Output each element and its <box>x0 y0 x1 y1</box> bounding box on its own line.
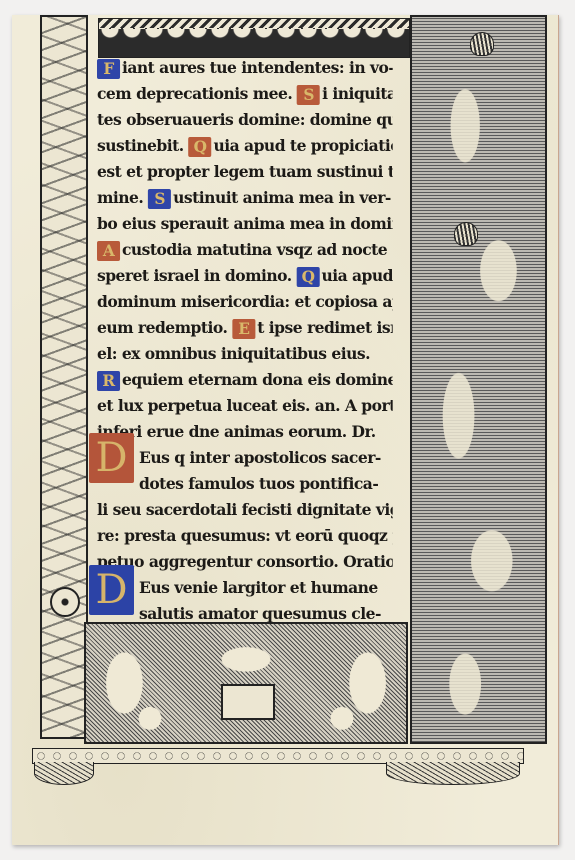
text-line: li seu sacerdotali fecisti dignitate vig… <box>97 497 393 523</box>
rosette-flower-icon <box>50 587 80 617</box>
text-line: Acustodia matutina vsqz ad nocte <box>97 237 393 263</box>
left-vine-border <box>40 15 88 739</box>
text-line: eum redemptio. Et ipse redimet isra- <box>97 315 393 341</box>
text-line: dotes famulos tuos pontifica- <box>139 471 394 497</box>
text-line: sustinebit. Quia apud te propiciatio <box>97 133 393 159</box>
bottom-vignette-mermaids <box>84 622 408 744</box>
footer-left-bracket <box>34 762 94 785</box>
text-line: Eus q inter apostolicos sacer- <box>139 445 394 471</box>
text-line: Requiem eternam dona eis domine: <box>97 367 393 393</box>
text-line: bo eius sperauit anima mea in domino <box>97 211 393 237</box>
text-line: dominum misericordia: et copiosa apd <box>97 289 393 315</box>
frieze-triangles <box>99 19 409 28</box>
red-large-initial: D <box>89 433 134 483</box>
acanthus-vine <box>412 17 545 742</box>
text-line: el: ex omnibus iniquitatibus eius. <box>97 341 393 367</box>
footer-right-bracket <box>386 762 520 785</box>
red-initial: Q <box>189 137 212 157</box>
text-line: cem deprecationis mee. Si iniquita- <box>97 81 393 107</box>
red-initial: E <box>232 319 255 339</box>
text-line: speret israel in domino. Quia apud <box>97 263 393 289</box>
thistle-flower-icon <box>454 222 478 246</box>
thistle-flower-icon <box>470 32 494 56</box>
red-initial: A <box>97 241 120 261</box>
text-line: re: presta quesumus: vt eorū quoqz per- <box>97 523 393 549</box>
text-line: Eus venie largitor et humane <box>139 575 394 601</box>
right-thistle-border <box>410 15 547 744</box>
text-block: Fiant aures tue intendentes: in vo- cem … <box>97 55 405 620</box>
blue-initial: Q <box>296 267 319 287</box>
text-line: petuo aggregentur consortio. Oratio <box>97 549 393 575</box>
text-line: tes obseruaueris domine: domine quis <box>97 107 393 133</box>
frieze-arches <box>99 29 409 57</box>
blue-initial: R <box>97 371 120 391</box>
text-line: mine. Sustinuit anima mea in ver- <box>97 185 393 211</box>
blue-initial: F <box>97 59 120 79</box>
text-line: et lux perpetua luceat eis. an. A porta <box>97 393 393 419</box>
blue-initial: S <box>148 189 171 209</box>
text-line: est et propter legem tuam sustinui te do <box>97 159 393 185</box>
text-line: inferi erue dne animas eorum. Dr. <box>97 419 393 445</box>
altar-ornament <box>221 684 275 720</box>
blue-large-initial: D <box>89 565 134 615</box>
red-initial: S <box>297 85 320 105</box>
text-line: Fiant aures tue intendentes: in vo- <box>97 55 393 81</box>
top-arcade-frieze <box>98 18 410 58</box>
